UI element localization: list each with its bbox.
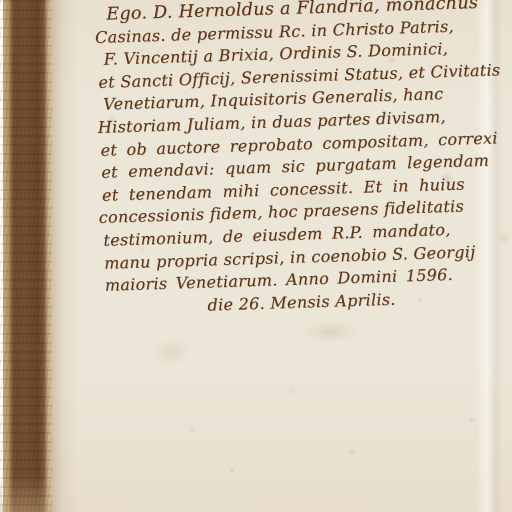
book-spine-texture bbox=[0, 0, 58, 512]
handwritten-text: Ego. D. Hernoldus a Flandria, monachus C… bbox=[94, 0, 512, 320]
manuscript-photo: Ego. D. Hernoldus a Flandria, monachus C… bbox=[0, 0, 512, 512]
